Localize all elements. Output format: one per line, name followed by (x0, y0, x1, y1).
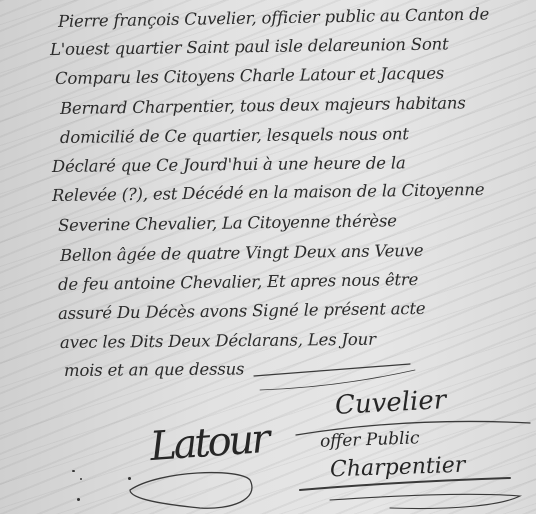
ink-speck (128, 477, 131, 480)
text-line-4: Bernard Charpentier, tous deux majeurs h… (60, 93, 466, 118)
text-line-3: Comparu les Citoyens Charle Latour et Ja… (55, 64, 444, 88)
text-line-9: Bellon âgée de quatre Vingt Deux ans Veu… (60, 241, 424, 265)
ink-speck (72, 470, 75, 472)
signature-latour-flourish (120, 440, 280, 514)
text-line-5: domicilié de Ce quartier, lesquels nous … (60, 124, 409, 147)
text-line-2: L'ouest quartier Saint paul isle delareu… (50, 34, 449, 59)
text-line-12: avec les Dits Deux Déclarans, Les Jour (60, 330, 376, 352)
text-line-8: Severine Chevalier, La Citoyenne thérèse (58, 211, 397, 235)
signature-charpentier-flourish (270, 470, 536, 514)
text-line-1: Pierre françois Cuvelier, officier publi… (58, 4, 489, 31)
text-line-10: de feu antoine Chevalier, Et apres nous … (58, 270, 418, 294)
officer-title: offer Public (320, 428, 420, 451)
ink-speck (80, 478, 82, 480)
text-line-11: assuré Du Décès avons Signé le présent a… (58, 299, 426, 323)
text-line-13: mois et an que dessus (64, 359, 244, 380)
scanned-document-page: Pierre françois Cuvelier, officier publi… (0, 0, 536, 514)
ink-speck (77, 498, 80, 501)
text-line-6: Déclaré que Ce Jourd'hui à une heure de … (52, 153, 406, 176)
text-line-7: Relevée (?), est Décédé en la maison de … (52, 180, 485, 205)
